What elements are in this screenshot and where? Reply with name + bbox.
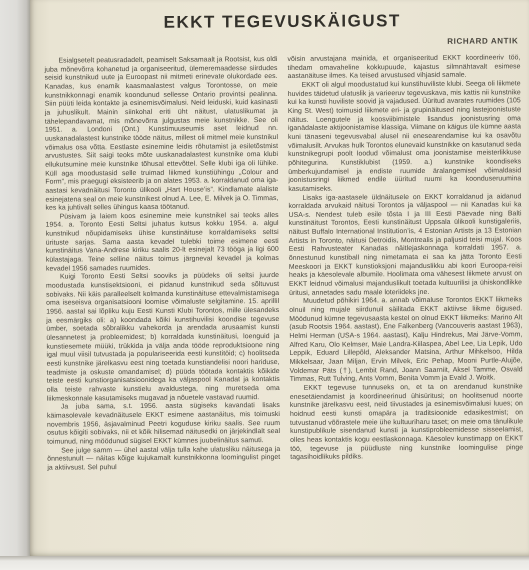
paragraph: Ja juba sama, s.t. 1956. aasta sügiseks … [47, 402, 280, 447]
paragraph: Püsivam ja laiem koos esinemine meie kun… [46, 212, 279, 274]
paragraph: EKKT tegevuse tunnuseks on, et ta on are… [290, 383, 524, 463]
paragraph: Esialgsetelt peatusradadelt, peamiselt S… [44, 56, 278, 213]
paragraph: Kuigi Toronto Eesti Seltsi sooviks ja pü… [46, 272, 280, 403]
left-column: Esialgsetelt peatusradadelt, peamiselt S… [44, 56, 280, 473]
paragraph: EKKT oli algul moodustatud kui kunstihuv… [288, 80, 522, 194]
table-surface [0, 556, 529, 570]
book-page: EKKT TEGEVUSKÄIGUST RICHARD ANTIK Esialg… [30, 0, 529, 556]
adjacent-page-edge [0, 0, 30, 570]
text-columns: Esialgsetelt peatusradadelt, peamiselt S… [44, 54, 523, 473]
right-column: võisin arvustajana mainida, et organisee… [287, 54, 523, 471]
paragraph: Lisaks iga-aastasele üldnäitusele on EKK… [288, 193, 522, 298]
paragraph: See julge samm — ühel aastal välja tulla… [47, 446, 280, 474]
book-page-photo: EKKT TEGEVUSKÄIGUST RICHARD ANTIK Esialg… [0, 0, 529, 570]
paragraph: võisin arvustajana mainida, et organisee… [287, 54, 520, 82]
page-content: EKKT TEGEVUSKÄIGUST RICHARD ANTIK Esialg… [28, 0, 529, 558]
paragraph: Muudetud põhikiri 1964. a. annab võimalu… [289, 297, 523, 385]
author-byline: RICHARD ANTIK [44, 36, 518, 48]
page-title: EKKT TEGEVUSKÄIGUST [44, 4, 520, 33]
